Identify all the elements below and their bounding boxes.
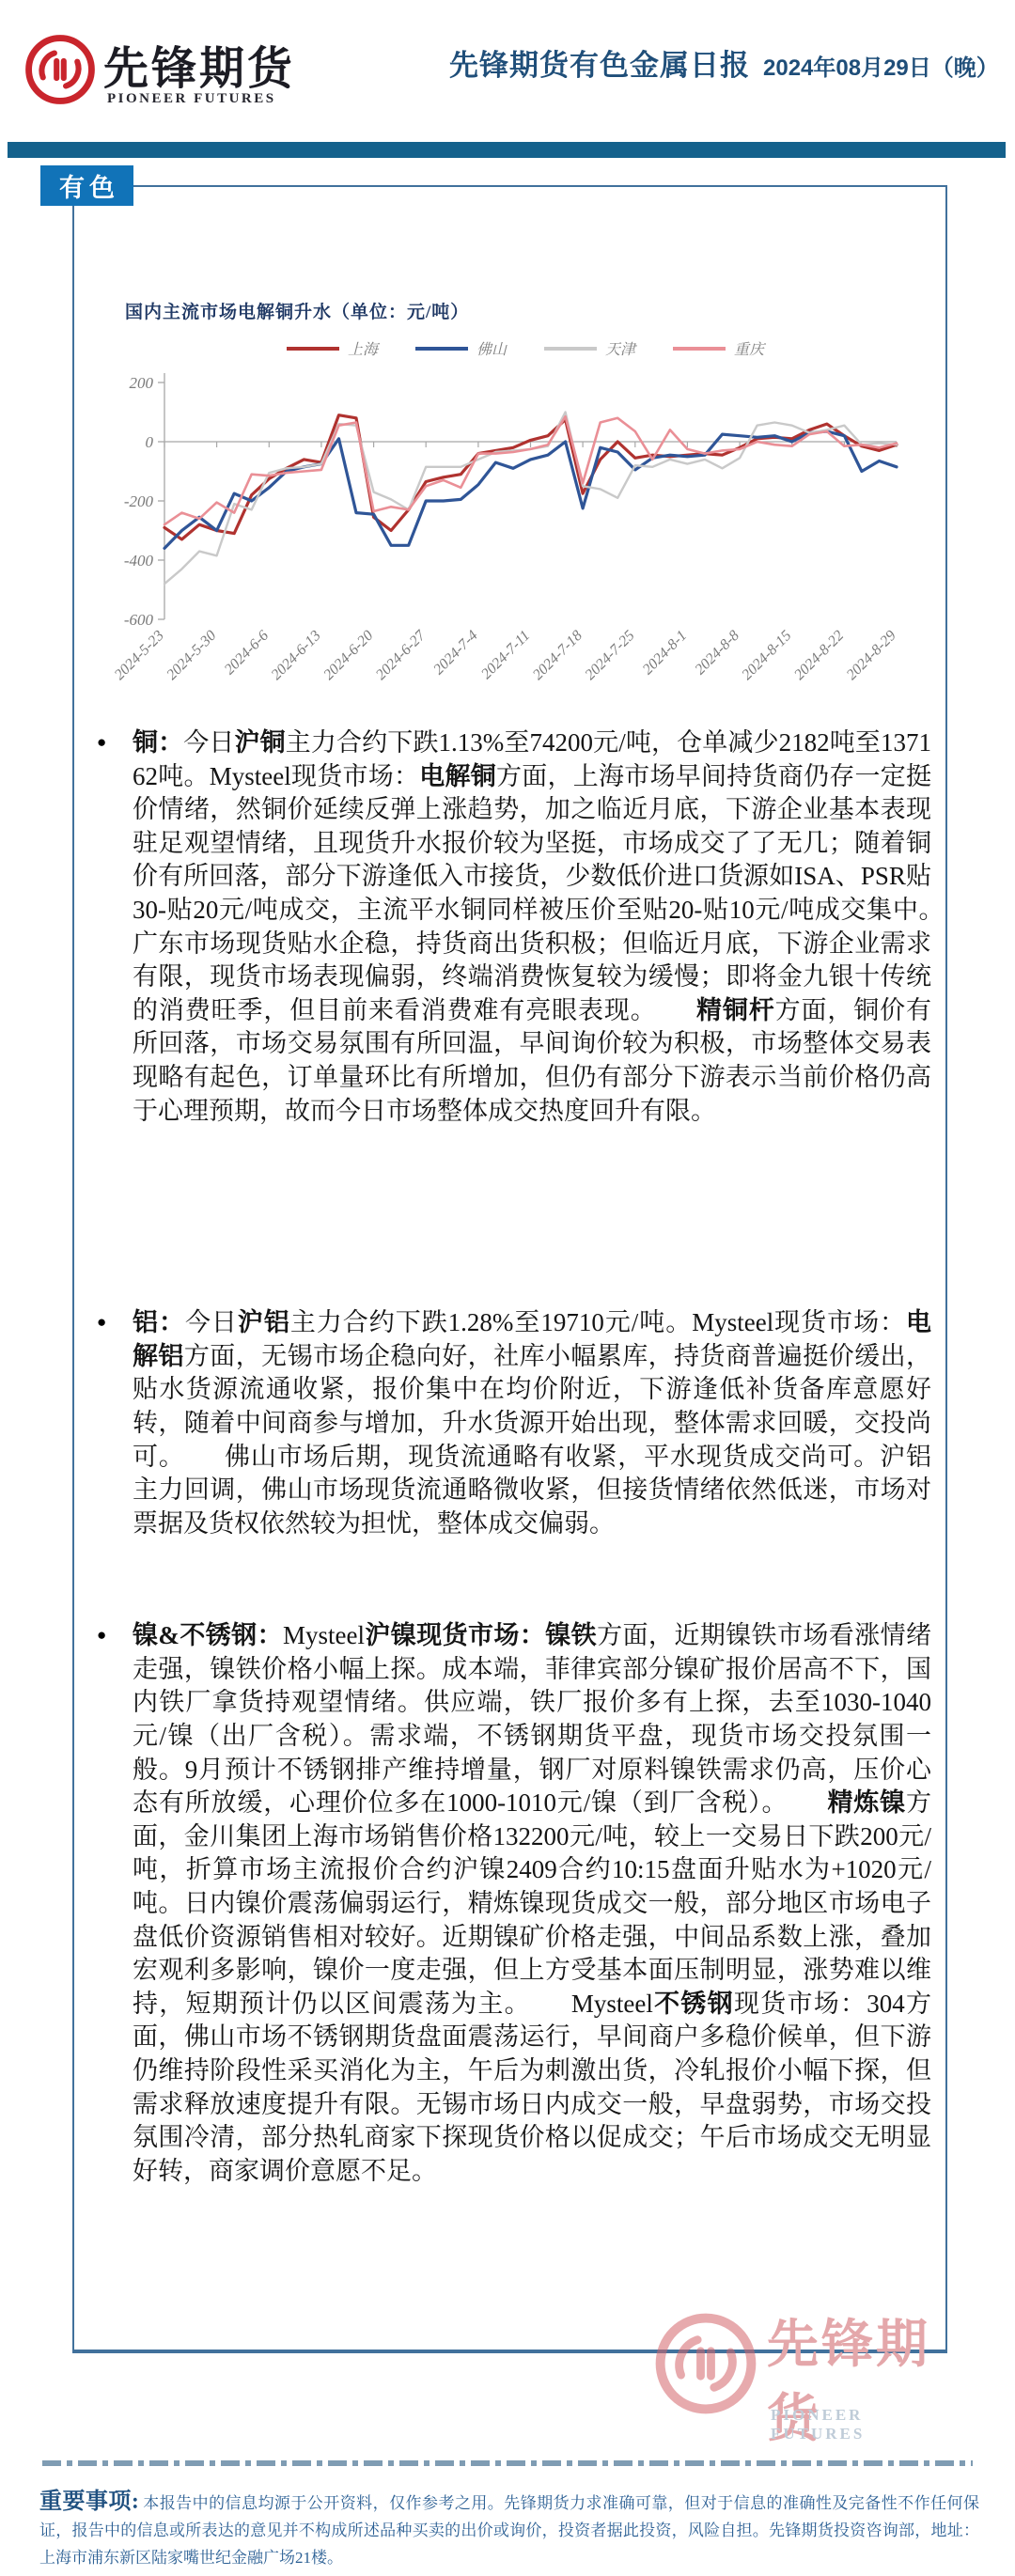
bullet-dot-icon: ● <box>97 726 133 1128</box>
bullet-segment: 方面，金川集团上海市场销售价格132200元/吨，较上一交易日下跌200元/吨，… <box>133 1788 931 2018</box>
header-divider-bar <box>8 142 1006 158</box>
watermark-name-en: PIONEER FUTURES <box>771 2406 957 2443</box>
svg-text:2024-6-20: 2024-6-20 <box>320 628 376 683</box>
legend-swatch <box>544 347 597 351</box>
bullet-segment-bold: 镍&不锈钢： <box>133 1621 283 1649</box>
report-title-text: 先锋期货有色金属日报 <box>449 41 750 84</box>
legend-label: 重庆 <box>734 337 764 359</box>
chart-legend: 上海佛山天津重庆 <box>131 337 920 359</box>
watermark: 先锋期货 PIONEER FUTURES <box>647 2286 957 2455</box>
bullet-segment-bold: 铜： <box>133 728 183 757</box>
svg-text:2024-7-4: 2024-7-4 <box>430 628 480 678</box>
bullet-segment-bold: 镍铁 <box>545 1621 597 1649</box>
legend-item: 重庆 <box>673 337 764 359</box>
company-name-cn: 先锋期货 <box>103 32 295 97</box>
svg-text:-400: -400 <box>124 552 154 570</box>
svg-text:200: 200 <box>130 374 154 392</box>
svg-text:0: 0 <box>146 433 154 451</box>
svg-text:2024-6-6: 2024-6-6 <box>222 628 272 678</box>
report-date: 2024年08月29日（晚） <box>763 49 999 82</box>
bullet-segment: 今日 <box>183 728 234 757</box>
footer-dashed-divider <box>42 2460 973 2466</box>
legend-swatch <box>673 347 726 351</box>
disclaimer-body: 本报告中的信息均源于公开资料，仅作参考之用。先锋期货力求准确可靠，但对于信息的准… <box>39 2494 979 2567</box>
report-page: { "header": { "logo_cn": "先锋期货", "logo_e… <box>0 0 1015 2576</box>
svg-text:2024-8-8: 2024-8-8 <box>692 628 742 678</box>
bullet-segment: Mysteel <box>283 1621 365 1649</box>
svg-text:2024-7-11: 2024-7-11 <box>478 628 533 682</box>
legend-swatch <box>415 347 468 351</box>
disclaimer: 重要事项:本报告中的信息均源于公开资料，仅作参考之用。先锋期货力求准确可靠，但对… <box>39 2489 979 2571</box>
bullet-segment: 今日 <box>185 1308 238 1336</box>
legend-item: 天津 <box>544 337 635 359</box>
bullet-segment-bold: 沪铜 <box>235 728 286 757</box>
bullet-text: 镍&不锈钢：Mysteel沪镍现货市场：镍铁方面，近期镍铁市场看涨情绪走强，镍铁… <box>133 1619 931 2188</box>
bullet-dot-icon: ● <box>97 1306 133 1540</box>
bullet-segment-bold: 精炼镍 <box>827 1788 906 1817</box>
legend-item: 上海 <box>287 337 378 359</box>
bullet-segment-bold: 不锈钢 <box>653 1990 734 2018</box>
svg-text:2024-5-30: 2024-5-30 <box>164 628 219 683</box>
bullet-segment: 主力合约下跌1.28%至19710元/吨。Mysteel现货市场： <box>290 1308 906 1336</box>
svg-text:-200: -200 <box>124 492 154 510</box>
legend-label: 天津 <box>605 337 635 359</box>
svg-text:2024-8-15: 2024-8-15 <box>739 628 794 683</box>
bullet-list: ●铜：今日沪铜主力合约下跌1.13%至74200元/吨，仓单减少2182吨至13… <box>97 726 931 2188</box>
report-title: 先锋期货有色金属日报 2024年08月29日（晚） <box>449 41 999 84</box>
bullet-segment: 现货市场：304方面，佛山市场不锈钢期货盘面震荡运行，早间商户多稳价候单，但下游… <box>133 1990 931 2185</box>
tab-nonferrous[interactable]: 有色 <box>40 165 133 206</box>
bullet-text: 铝：今日沪铝主力合约下跌1.28%至19710元/吨。Mysteel现货市场：电… <box>133 1306 931 1540</box>
legend-item: 佛山 <box>415 337 507 359</box>
chart-title: 国内主流市场电解铜升水（单位：元/吨） <box>125 298 469 323</box>
svg-text:2024-6-13: 2024-6-13 <box>269 628 324 683</box>
bullet-item: ●铜：今日沪铜主力合约下跌1.13%至74200元/吨，仓单减少2182吨至13… <box>97 726 931 1128</box>
bullet-segment-bold: 沪镍现货市场： <box>365 1621 545 1649</box>
svg-text:2024-5-23: 2024-5-23 <box>112 628 167 683</box>
svg-text:2024-7-25: 2024-7-25 <box>582 628 637 683</box>
bullet-dot-icon: ● <box>97 1619 133 2188</box>
bullet-text: 铜：今日沪铜主力合约下跌1.13%至74200元/吨，仓单减少2182吨至137… <box>133 726 931 1128</box>
svg-text:-600: -600 <box>124 611 154 629</box>
legend-label: 上海 <box>348 337 378 359</box>
legend-label: 佛山 <box>476 337 507 359</box>
bullet-segment: 方面，无锡市场企稳向好，社库小幅累库，持货商普遍挺价缓出，贴水货源流通收紧，报价… <box>133 1342 931 1538</box>
watermark-logo-icon <box>654 2312 757 2415</box>
bullet-item: ●铝：今日沪铝主力合约下跌1.28%至19710元/吨。Mysteel现货市场：… <box>97 1306 931 1540</box>
bullet-segment: 方面，近期镍铁市场看涨情绪走强，镍铁价格小幅上探。成本端，菲律宾部分镍矿报价居高… <box>133 1621 931 1817</box>
svg-text:2024-8-22: 2024-8-22 <box>791 628 847 683</box>
copper-premium-line-chart: 2000-200-400-6002024-5-232024-5-302024-6… <box>102 367 913 721</box>
svg-text:2024-8-1: 2024-8-1 <box>640 628 690 678</box>
bullet-segment-bold: 电解铜 <box>419 762 496 790</box>
svg-text:2024-7-18: 2024-7-18 <box>530 628 586 683</box>
bullet-segment: 方面，上海市场早间持货商仍存一定挺价情绪，然铜价延续反弹上涨趋势，加之临近月底，… <box>133 762 982 1024</box>
bullet-item: ●镍&不锈钢：Mysteel沪镍现货市场：镍铁方面，近期镍铁市场看涨情绪走强，镍… <box>97 1619 931 2188</box>
disclaimer-label: 重要事项: <box>39 2490 139 2514</box>
legend-swatch <box>287 347 339 351</box>
svg-text:2024-8-29: 2024-8-29 <box>844 628 899 683</box>
company-logo-icon <box>24 34 96 105</box>
content-box: 国内主流市场电解铜升水（单位：元/吨） 上海佛山天津重庆 2000-200-40… <box>72 185 947 2353</box>
bullet-segment-bold: 精铜杆 <box>696 996 775 1024</box>
bullet-segment-bold: 沪铝 <box>238 1308 290 1336</box>
svg-text:2024-6-27: 2024-6-27 <box>373 627 429 683</box>
company-name-en: PIONEER FUTURES <box>107 91 276 107</box>
bullet-segment-bold: 铝： <box>133 1308 185 1336</box>
